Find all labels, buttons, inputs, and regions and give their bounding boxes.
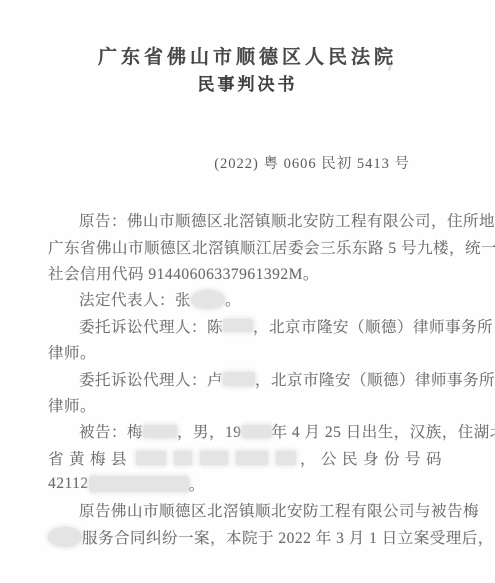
redaction-blur	[276, 451, 296, 465]
document-type-title: 民事判决书	[0, 70, 495, 95]
text-segment: 委托诉讼代理人：卢	[79, 368, 223, 390]
case-number: (2022) 粤 0606 民初 5413 号	[0, 152, 495, 173]
text-line-12: 原告佛山市顺德区北滘镇顺北安防工程有限公司与被告梅	[48, 497, 448, 523]
redaction-blur	[143, 425, 177, 438]
text-segment: 年 4 月 25 日出生，汉族，住湖北	[272, 420, 495, 442]
text-segment: 律师。	[48, 394, 96, 416]
redaction-blur	[136, 451, 166, 465]
text-segment: 。	[225, 288, 241, 310]
text-segment: ，公民身份号码	[300, 447, 447, 469]
text-segment: 委托诉讼代理人：陈	[79, 315, 223, 337]
text-line-13: 服务合同纠纷一案，本院于 2022 年 3 月 1 日立案受理后，	[48, 524, 448, 550]
text-line-4: 法定代表人：张。	[48, 286, 448, 312]
judgment-document-page: 广东省佛山市顺德区人民法院 民事判决书 (2022) 粤 0606 民初 541…	[0, 0, 495, 583]
court-name: 广东省佛山市顺德区人民法院	[0, 42, 495, 69]
text-segment: 省黄梅县	[48, 447, 132, 469]
text-line-2: 广东省佛山市顺德区北滘镇顺江居委会三乐东路 5 号九楼，统一	[48, 233, 448, 259]
redaction-blur	[242, 425, 272, 438]
text-segment: 广东省佛山市顺德区北滘镇顺江居委会三乐东路 5 号九楼，统一	[48, 236, 495, 258]
text-segment: 服务合同纠纷一案，本院于 2022 年 3 月 1 日立案受理后，	[82, 526, 494, 548]
redaction-blur	[48, 527, 82, 547]
redaction-blur	[223, 319, 253, 332]
document-body: 原告：佛山市顺德区北滘镇顺北安防工程有限公司，住所地广东省佛山市顺德区北滘镇顺江…	[48, 207, 448, 550]
text-line-7: 委托诉讼代理人：卢，北京市隆安（顺德）律师事务所	[48, 365, 448, 391]
text-segment: 律师。	[48, 341, 96, 363]
text-segment: 原告：佛山市顺德区北滘镇顺北安防工程有限公司，住所地	[79, 209, 495, 231]
text-segment: 社会信用代码 91440606337961392M。	[48, 262, 319, 284]
text-line-3: 社会信用代码 91440606337961392M。	[48, 260, 448, 286]
redaction-blur	[89, 476, 189, 492]
text-segment: ，北京市隆安（顺德）律师事务所	[253, 315, 493, 337]
text-line-10: 省黄梅县，公民身份号码	[48, 445, 448, 471]
redaction-blur	[174, 451, 192, 465]
text-segment: 原告佛山市顺德区北滘镇顺北安防工程有限公司与被告梅	[79, 499, 479, 521]
text-line-1: 原告：佛山市顺德区北滘镇顺北安防工程有限公司，住所地	[48, 207, 448, 233]
text-segment: 被告：梅	[79, 420, 143, 442]
redaction-blur	[236, 451, 268, 465]
redaction-blur	[200, 451, 228, 465]
text-line-9: 被告：梅，男，19年 4 月 25 日出生，汉族，住湖北	[48, 418, 448, 444]
text-segment: 。	[189, 473, 205, 495]
text-line-11: 42112。	[48, 471, 448, 497]
text-line-5: 委托诉讼代理人：陈，北京市隆安（顺德）律师事务所	[48, 313, 448, 339]
text-line-6: 律师。	[48, 339, 448, 365]
text-segment: ，男，19	[177, 420, 242, 442]
text-segment: 42112	[48, 475, 89, 493]
text-segment: 法定代表人：张	[79, 288, 191, 310]
text-line-8: 律师。	[48, 392, 448, 418]
redaction-blur	[223, 372, 255, 386]
redaction-blur	[191, 290, 225, 309]
text-segment: ，北京市隆安（顺德）律师事务所	[255, 368, 495, 390]
